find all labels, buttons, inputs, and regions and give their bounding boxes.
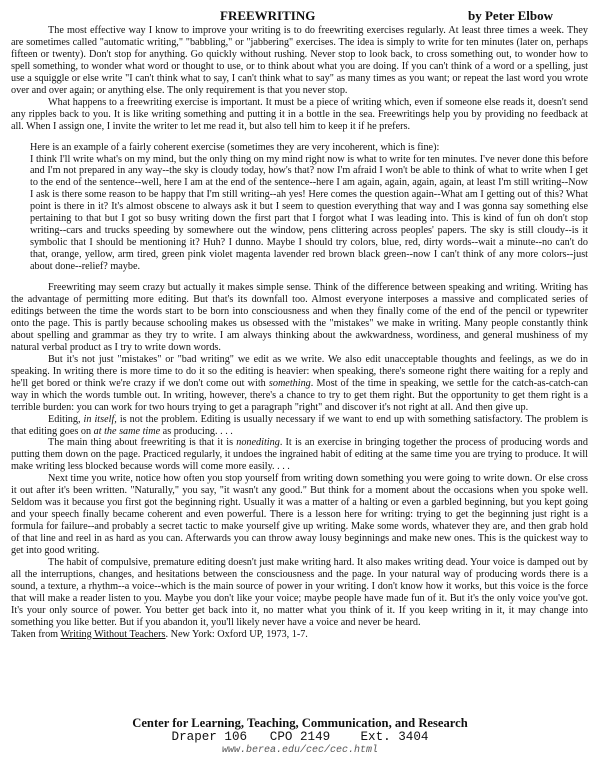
article-body: The most effective way I know to improve… [11, 25, 588, 641]
book-title: Writing Without Teachers [60, 629, 165, 640]
document-title: FREEWRITING [220, 8, 315, 24]
paragraph-feedback: What happens to a freewriting exercise i… [11, 97, 588, 133]
paragraph-voice: The habit of compulsive, premature editi… [11, 557, 588, 629]
paragraph-editing: Editing, in itself, is not the problem. … [11, 414, 588, 438]
source-citation: Taken from Writing Without Teachers. New… [11, 629, 588, 641]
text-span: as producing. . . . [160, 426, 233, 437]
paragraph-nonediting: The main thing about freewriting is that… [11, 437, 588, 473]
citation-suffix: . New York: Oxford UP, 1973, 1-7. [166, 629, 308, 640]
emphasis-text: at the same time [94, 426, 161, 437]
website-url: www.berea.edu/cec/cec.html [0, 744, 600, 757]
contact-info: Draper 106 CPO 2149 Ext. 3404 [0, 730, 600, 744]
paragraph-intro: The most effective way I know to improve… [11, 25, 588, 97]
example-text: I think I'll write what's on my mind, bu… [30, 154, 588, 274]
paragraph-simple-sense: Freewriting may seem crazy but actually … [11, 282, 588, 354]
paragraph-next-time: Next time you write, notice how often yo… [11, 473, 588, 557]
emphasis-text: nonediting [236, 437, 280, 448]
text-span: The main thing about freewriting is that… [48, 437, 236, 448]
emphasis-text: something [269, 378, 311, 389]
author-byline: by Peter Elbow [468, 8, 553, 24]
paragraph-mistakes: But it's not just "mistakes" or "bad wri… [11, 354, 588, 414]
document-header: FREEWRITING by Peter Elbow [0, 8, 600, 24]
example-intro: Here is an example of a fairly coherent … [30, 142, 588, 154]
text-span: Editing, [48, 414, 84, 425]
spacer [11, 273, 588, 282]
document-footer: Center for Learning, Teaching, Communica… [0, 716, 600, 757]
emphasis-text: in itself, [84, 414, 117, 425]
citation-prefix: Taken from [11, 629, 60, 640]
organization-name: Center for Learning, Teaching, Communica… [0, 716, 600, 730]
example-block: Here is an example of a fairly coherent … [30, 142, 588, 273]
spacer [11, 133, 588, 142]
